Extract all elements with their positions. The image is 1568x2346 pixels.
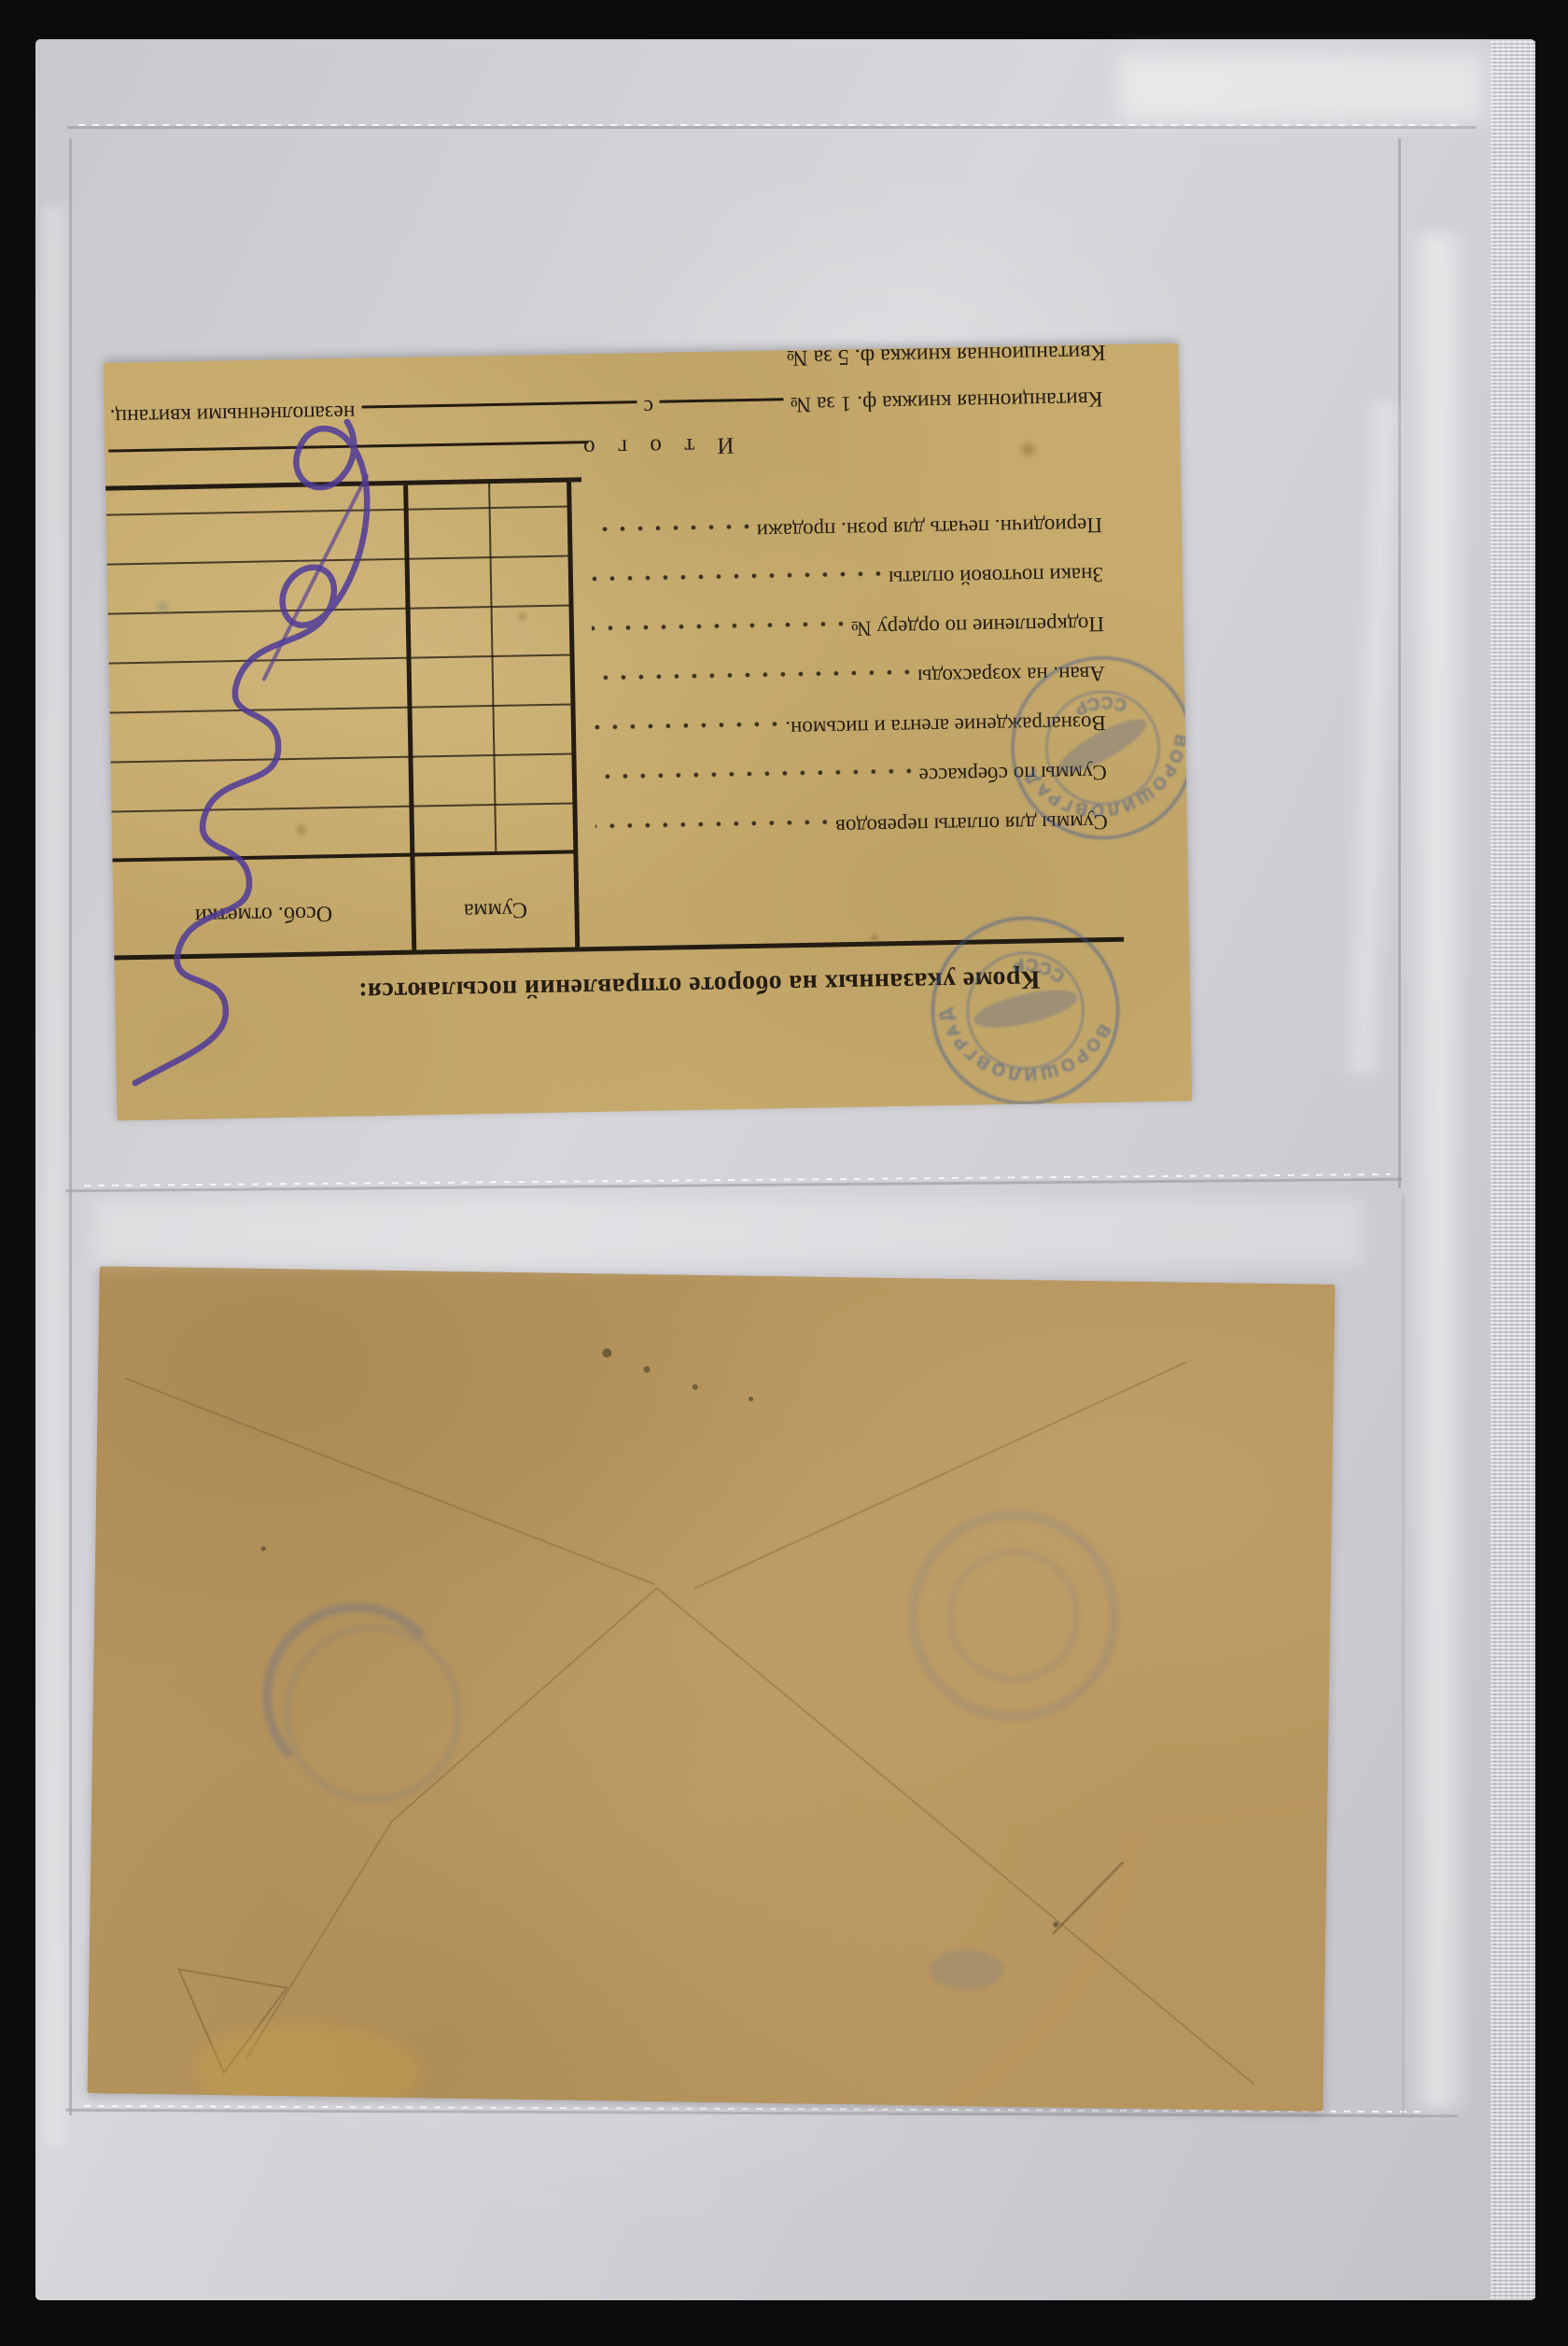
sleeve-seam-top — [67, 126, 1477, 129]
sleeve-binding-strip — [1491, 41, 1535, 2298]
envelope-back — [88, 1266, 1336, 2112]
envelope-marks — [88, 1266, 1336, 2112]
sleeve-seam-top-glint — [78, 124, 1460, 126]
dirt-specks — [256, 1343, 1067, 1928]
album-photo: Кроме указанных на обороте отправлений п… — [0, 0, 1568, 2346]
postal-form-card: Кроме указанных на обороте отправлений п… — [104, 344, 1193, 1121]
scratch-mark — [1053, 1861, 1123, 1934]
sleeve-seam-right-upper — [1398, 138, 1401, 1188]
sleeve-seam-left — [69, 138, 72, 2115]
sleeve-seam-right-lower — [1402, 1195, 1405, 2114]
ghost-postmarks — [263, 1504, 1116, 1992]
signature-ink — [104, 344, 1193, 1121]
